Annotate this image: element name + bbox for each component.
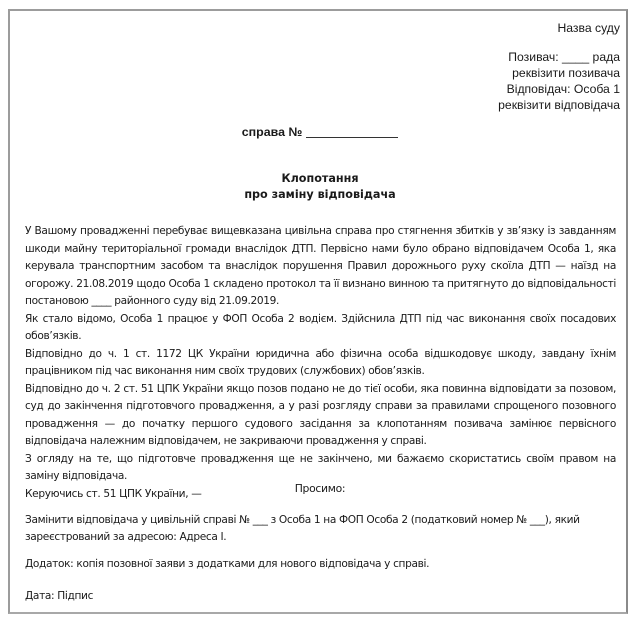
paragraph-civil-code: Відповідно до ч. 1 ст. 1172 ЦК України ю…: [25, 346, 616, 381]
plaintiff-details: реквізити позивача: [498, 65, 620, 81]
title-line-1: Клопотання: [0, 171, 640, 187]
defendant-details: реквізити відповідача: [498, 97, 620, 113]
case-number: справа №: [0, 125, 640, 139]
document-header: Назва суду Позивач: ____ рада реквізити …: [498, 20, 620, 113]
case-number-blank: [306, 125, 398, 138]
signature-line: Дата: Підпис: [25, 590, 93, 602]
request-text: Замінити відповідача у цивільній справі …: [25, 512, 616, 546]
plaintiff-line: Позивач: ____ рада: [498, 49, 620, 65]
request-heading: Просимо:: [0, 482, 640, 495]
paragraph-procedure-code: Відповідно до ч. 2 ст. 51 ЦПК України як…: [25, 381, 616, 451]
document-body: У Вашому провадженні перебуває вищевказа…: [25, 223, 616, 503]
title-line-2: про заміну відповідача: [0, 187, 640, 203]
attachment-line: Додаток: копія позовної заяви з додаткам…: [25, 558, 429, 570]
paragraph-intent: З огляду на те, що підготовче провадженн…: [25, 451, 616, 486]
document-title: Клопотання про заміну відповідача: [0, 171, 640, 203]
defendant-line: Відповідач: Особа 1: [498, 81, 620, 97]
paragraph-circumstances: У Вашому провадженні перебуває вищевказа…: [25, 223, 616, 311]
court-name: Назва суду: [498, 20, 620, 36]
paragraph-employment: Як стало відомо, Особа 1 працює у ФОП Ос…: [25, 311, 616, 346]
case-number-label: справа №: [242, 125, 302, 139]
